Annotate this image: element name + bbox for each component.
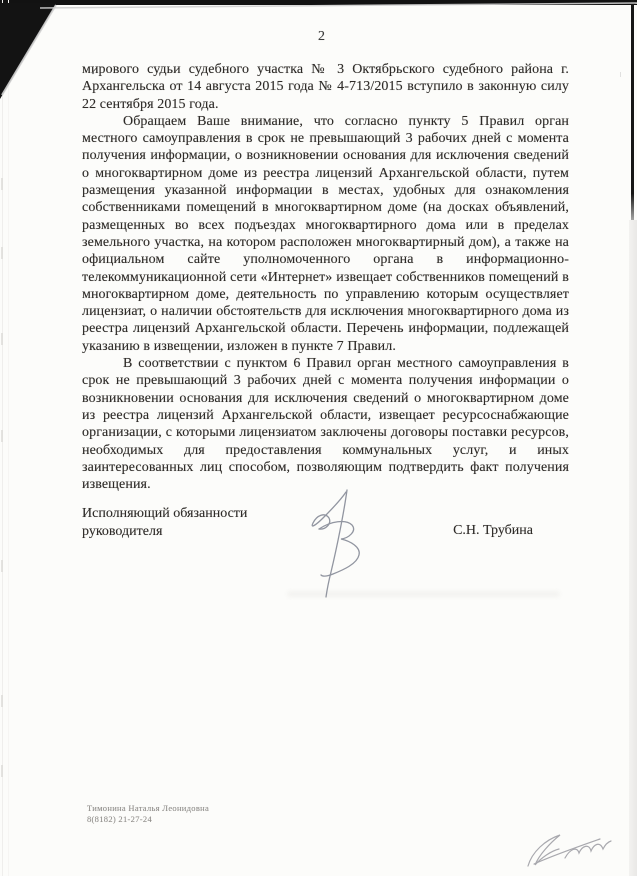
scan-left-dash bbox=[1, 695, 3, 707]
page-number: 2 bbox=[318, 29, 325, 45]
footer-executor-phone: 8(8182) 21-27-24 bbox=[87, 814, 209, 825]
signature-title-line1: Исполняющий обязанности bbox=[82, 505, 247, 523]
scan-left-dash bbox=[1, 560, 3, 572]
scan-left-dash bbox=[1, 333, 3, 345]
signer-name: С.Н. Трубина bbox=[453, 523, 533, 539]
signature-title-line2: руководителя bbox=[82, 523, 247, 541]
footer-executor-name: Тимонина Наталья Леонидовна bbox=[87, 803, 209, 814]
scan-right-edge-shadow bbox=[629, 220, 637, 876]
scan-left-dash bbox=[1, 430, 3, 442]
footer-executor: Тимонина Наталья Леонидовна 8(8182) 21-2… bbox=[87, 803, 209, 825]
scan-left-dash bbox=[1, 247, 3, 259]
body-paragraph: Обращаем Ваше внимание, что согласно пун… bbox=[82, 113, 569, 355]
scan-speck bbox=[620, 72, 621, 77]
handwritten-initials bbox=[528, 835, 611, 866]
signature-title: Исполняющий обязанности руководителя bbox=[82, 505, 247, 540]
handwritten-signature bbox=[312, 490, 359, 597]
scan-right-edge-line bbox=[631, 0, 634, 236]
body-paragraph: мирового судьи судебного участка № 3 Окт… bbox=[82, 61, 569, 113]
scan-left-dash bbox=[1, 765, 3, 777]
scan-smudge bbox=[287, 591, 560, 597]
scanned-page: 2 мирового судьи судебного участка № 3 О… bbox=[0, 0, 637, 876]
document-body: мирового судьи судебного участка № 3 Окт… bbox=[82, 61, 569, 493]
scan-top-edge bbox=[0, 0, 637, 5]
scan-left-dash bbox=[1, 178, 3, 190]
body-paragraph: В соответствии с пунктом 6 Правил орган … bbox=[82, 355, 569, 493]
scan-left-edge-line-2 bbox=[8, 0, 9, 876]
